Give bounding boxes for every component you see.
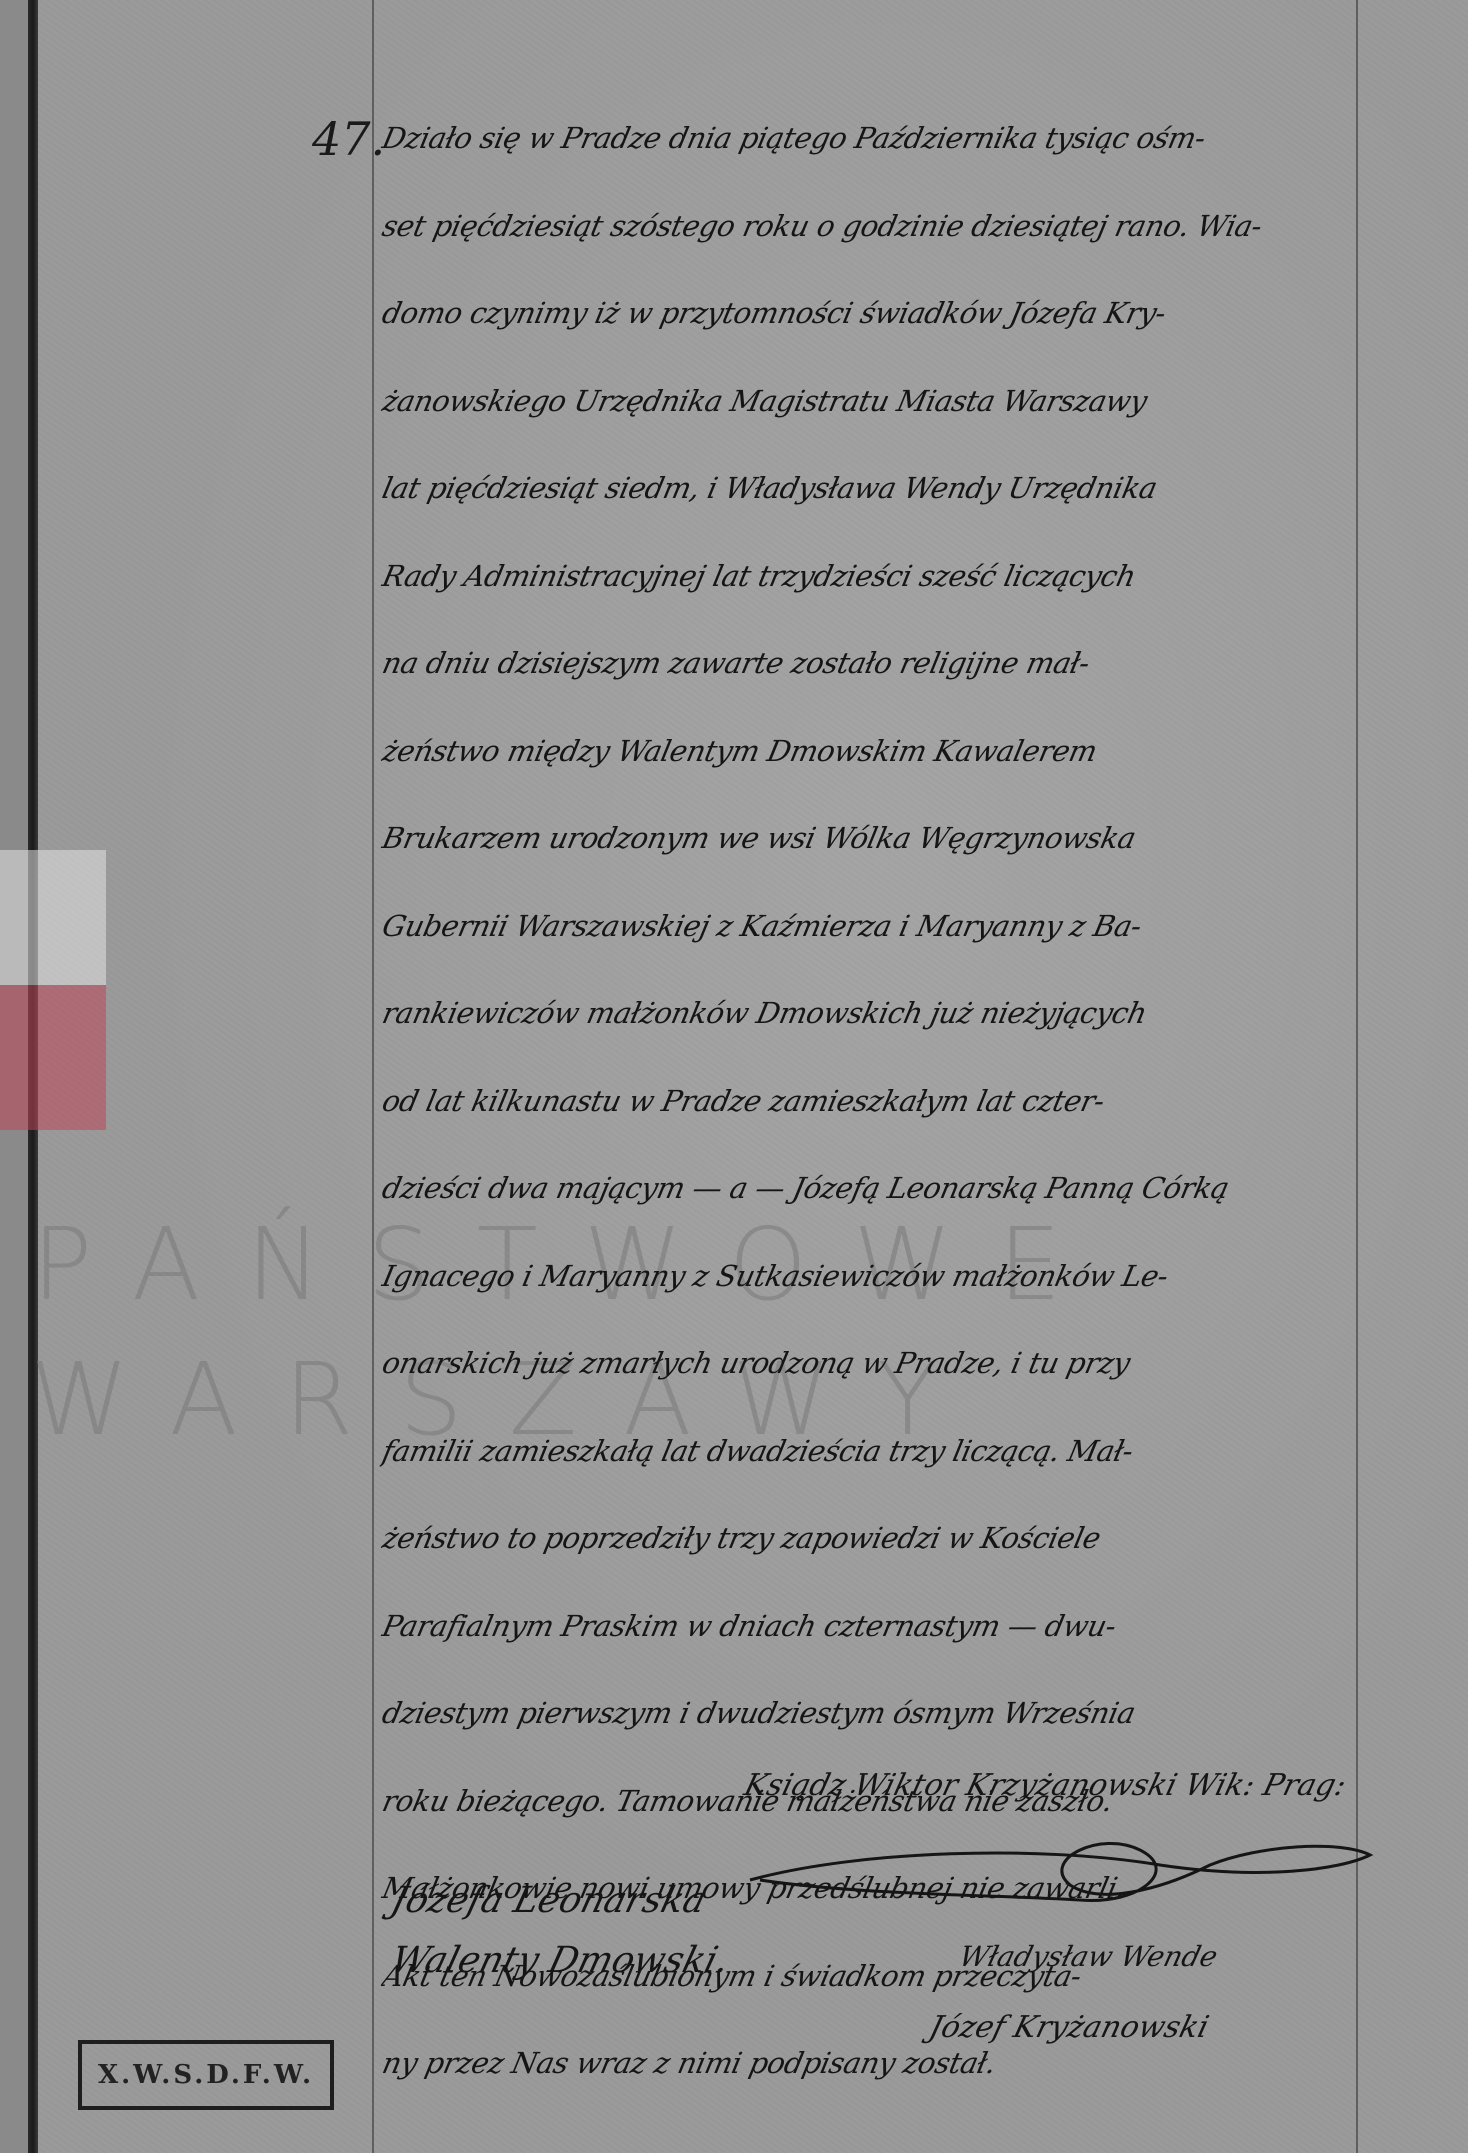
signature-flourish-icon — [740, 1810, 1380, 1910]
record-line: żanowskiego Urzędnika Magistratu Miasta … — [371, 371, 1362, 459]
archive-stamp: X.W.S.D.F.W. — [78, 2040, 334, 2110]
left-margin-rule — [372, 0, 374, 2153]
record-line: set pięćdziesiąt szóstego roku o godzini… — [371, 196, 1362, 284]
groom-signature: Walenty Dmowski. — [387, 1940, 734, 1981]
archive-flag-white-band — [0, 850, 106, 985]
record-line: na dniu dzisiejszym zawarte zostało reli… — [371, 633, 1362, 721]
record-line: dzieści dwa mającym — a — Józefą Leonars… — [371, 1158, 1362, 1246]
record-line: lat pięćdziesiąt siedm, i Władysława Wen… — [371, 458, 1362, 546]
record-line: rankiewiczów małżonków Dmowskich już nie… — [371, 983, 1362, 1071]
record-line: Brukarzem urodzonym we wsi Wólka Węgrzyn… — [371, 808, 1362, 896]
record-line: żeństwo między Walentym Dmowskim Kawaler… — [371, 721, 1362, 809]
witness-signature-wende: Władysław Wende — [956, 1940, 1221, 1973]
record-line: familii zamieszkałą lat dwadzieścia trzy… — [371, 1421, 1362, 1509]
record-line: Parafialnym Praskim w dniach czternastym… — [371, 1596, 1362, 1684]
record-line: dziestym pierwszym i dwudziestym ósmym W… — [371, 1683, 1362, 1771]
record-line: domo czynimy iż w przytomności świadków … — [371, 283, 1362, 371]
record-line: żeństwo to poprzedziły trzy zapowiedzi w… — [371, 1508, 1362, 1596]
record-line: ny przez Nas wraz z nimi podpisany zosta… — [371, 2033, 1362, 2121]
record-line: od lat kilkunastu w Pradze zamieszkałym … — [371, 1071, 1362, 1159]
record-line: Ignacego i Maryanny z Sutkasiewiczów mał… — [371, 1246, 1362, 1334]
record-line: Rady Administracyjnej lat trzydzieści sz… — [371, 546, 1362, 634]
record-line: onarskich już zmarłych urodzoną w Pradze… — [371, 1333, 1362, 1421]
witness-signature-kryzanowski: Józef Kryżanowski — [926, 2010, 1213, 2045]
bride-signature: Józefa Leonarska — [387, 1880, 710, 1921]
priest-signature: Ksiądz Wiktor Krzyżanowski Wik: Prag: — [741, 1768, 1350, 1803]
entry-number: 47. — [312, 112, 385, 166]
record-line: Działo się w Pradze dnia piątego Paździe… — [371, 108, 1362, 196]
record-line: Gubernii Warszawskiej z Kaźmierza i Mary… — [371, 896, 1362, 984]
document-scan: PAŃSTWOWE WARSZAWY 47. Działo się w Prad… — [0, 0, 1468, 2153]
archive-flag-red-band — [0, 985, 106, 1130]
